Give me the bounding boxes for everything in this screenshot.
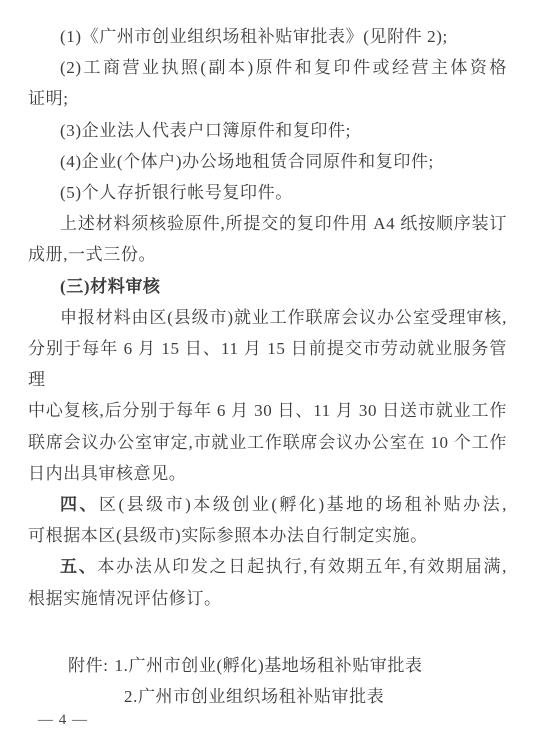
attachment-item: 1.广州市创业(孵化)基地场租补贴审批表 [115,656,423,675]
text-line: (4)企业(个体户)办公场地租赁合同原件和复印件; [28,146,507,177]
section-heading: (三)材料审核 [28,271,507,302]
attachment-row: 附件:1.广州市创业(孵化)基地场租补贴审批表 [28,650,537,681]
text-line: 五、本办法从印发之日起执行,有效期五年,有效期届满, [28,551,507,582]
text-line: (2)工商营业执照(副本)原件和复印件或经营主体资格 [28,52,507,83]
text-line: 日内出具审核意见。 [28,458,507,489]
document-page: (1)《广州市创业组织场租补贴审批表》(见附件 2);(2)工商营业执照(副本)… [0,0,537,752]
attachment-item: 2.广州市创业组织场租补贴审批表 [124,687,384,706]
text-line: 分别于每年 6 月 15 日、11 月 15 日前提交市劳动就业服务管理 [28,333,507,395]
attachments-block: 附件:1.广州市创业(孵化)基地场租补贴审批表 2.广州市创业组织场租补贴审批表 [0,650,537,712]
page-number: — 4 — [38,712,88,729]
text-line: (1)《广州市创业组织场租补贴审批表》(见附件 2); [28,21,507,52]
text-line: 联席会议办公室审定,市就业工作联席会议办公室在 10 个工作 [28,427,507,458]
text-line: 四、区(县级市)本级创业(孵化)基地的场租补贴办法, [28,489,507,520]
attachments-label: 附件: [68,656,109,675]
item-number: 五、 [60,557,97,576]
text-line: 中心复核,后分别于每年 6 月 30 日、11 月 30 日送市就业工作 [28,395,507,426]
item-number: 四、 [60,495,99,514]
document-body: (1)《广州市创业组织场租补贴审批表》(见附件 2);(2)工商营业执照(副本)… [0,0,537,614]
text-line: (3)企业法人代表户口簿原件和复印件; [28,115,507,146]
text-line: 成册,一式三份。 [28,239,507,270]
text-line: 证明; [28,83,507,114]
text-line: 可根据本区(县级市)实际参照本办法自行制定实施。 [28,520,507,551]
text-line: 申报材料由区(县级市)就业工作联席会议办公室受理审核, [28,302,507,333]
text-line: 根据实施情况评估修订。 [28,583,507,614]
attachment-row: 2.广州市创业组织场租补贴审批表 [28,681,537,712]
text-line: (5)个人存折银行帐号复印件。 [28,177,507,208]
text-line: 上述材料须核验原件,所提交的复印件用 A4 纸按顺序装订 [28,208,507,239]
